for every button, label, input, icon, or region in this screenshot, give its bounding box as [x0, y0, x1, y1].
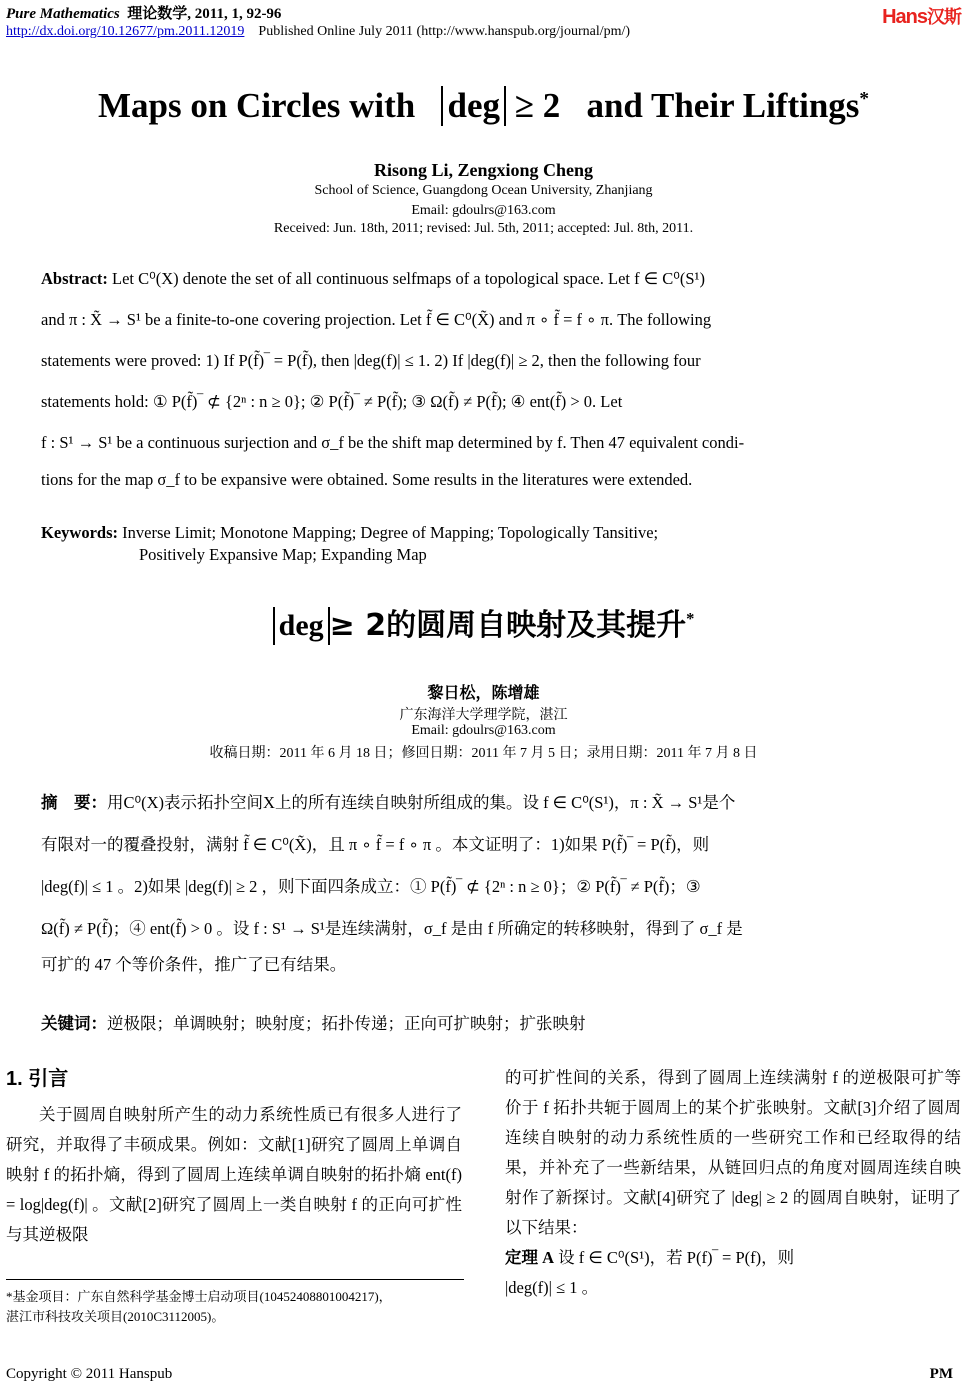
theorem-text: 设 f ∈ C⁰(S¹)，若 P(f)‾ = P(f)，则 — [558, 1248, 794, 1267]
paper-title-cn: deg≥ 2的圆周自映射及其提升* — [0, 600, 967, 645]
footnote-line: 湛江市科技攻关项目(2010C3112005)。 — [6, 1307, 464, 1327]
affiliation-en: School of Science, Guangdong Ocean Unive… — [0, 183, 967, 199]
abstract-cn: 摘 要：用C⁰(X)表示拓扑空间X上的所有连续自映射所组成的集。设 f ∈ C⁰… — [41, 782, 925, 980]
email-en: Email: gdoulrs@163.com — [0, 203, 967, 219]
authors-en: Risong Li, Zengxiong Cheng — [0, 160, 967, 181]
body-left-column: 关于圆周自映射所产生的动力系统性质已有很多人进行了研究，并取得了丰硕成果。例如：… — [6, 1100, 462, 1250]
affiliation-cn: 广东海洋大学理学院，湛江 — [0, 704, 967, 724]
abstract-text: Let C⁰(X) denote the set of all continuo… — [112, 269, 705, 288]
keywords-en: Keywords: Inverse Limit; Monotone Mappin… — [41, 522, 658, 566]
logo-cn: 汉斯 — [927, 7, 961, 28]
abstract-label: Abstract: — [41, 269, 108, 288]
abstract-line: statements hold: ① P(f̃)‾ ⊄ {2ⁿ : n ≥ 0}… — [41, 381, 925, 422]
keywords-cn-label: 关键词： — [41, 1015, 107, 1033]
abstract-en: Abstract: Let C⁰(X) denote the set of al… — [41, 258, 925, 497]
title-deg: deg — [441, 86, 506, 126]
abstract-cn-text: 用C⁰(X)表示拓扑空间X上的所有连续自映射所组成的集。设 f ∈ C⁰(S¹)… — [107, 793, 735, 812]
title-cn-footnote-mark: * — [686, 609, 694, 628]
journal-cn-info: 理论数学, 2011, 1, 92-96 — [127, 6, 281, 22]
doi-link[interactable]: http://dx.doi.org/10.12677/pm.2011.12019 — [6, 24, 244, 39]
doi-line: http://dx.doi.org/10.12677/pm.2011.12019… — [6, 24, 630, 40]
right-column-text: 的可扩性间的关系，得到了圆周上连续满射 f 的逆极限可扩等价于 f 拓扑共轭于圆… — [505, 1068, 961, 1237]
abstract-cn-label: 摘 要： — [41, 793, 107, 812]
title-rel: ≥ 2 — [515, 86, 560, 125]
abstract-cn-line: |deg(f)| ≤ 1 。2)如果 |deg(f)| ≥ 2 ，则下面四条成立… — [41, 866, 925, 908]
theorem-label: 定理 A — [505, 1248, 554, 1267]
body-right-column: 的可扩性间的关系，得到了圆周上连续满射 f 的逆极限可扩等价于 f 拓扑共轭于圆… — [505, 1063, 961, 1303]
footnote-line: *基金项目：广东自然科学基金博士启动项目(10452408801004217)， — [6, 1287, 464, 1307]
keywords-cn-text: 逆极限；单调映射；映射度；拓扑传递；正向可扩映射；扩张映射 — [107, 1014, 586, 1033]
journal-abbr: PM — [930, 1366, 953, 1383]
title-footnote-mark: * — [859, 88, 869, 109]
copyright: Copyright © 2011 Hanspub — [6, 1366, 172, 1383]
abstract-line: tions for the map σ_f to be expansive we… — [41, 463, 925, 497]
published-info: Published Online July 2011 (http://www.h… — [258, 24, 630, 39]
title-suffix: and Their Liftings — [586, 86, 859, 125]
authors-cn: 黎日松，陈增雄 — [0, 680, 967, 703]
abstract-cn-line: Ω(f̃) ≠ P(f̃)；④ ent(f̃) > 0 。设 f : S¹ → … — [41, 908, 925, 950]
theorem-conclusion: |deg(f)| ≤ 1 。 — [505, 1278, 598, 1297]
dates-en: Received: Jun. 18th, 2011; revised: Jul.… — [0, 221, 967, 237]
keywords-label: Keywords: — [41, 523, 118, 542]
hans-logo: Hans汉斯 — [882, 3, 961, 29]
abstract-line: and π : X̃ → S¹ be a finite-to-one cover… — [41, 299, 925, 340]
title-cn-deg: deg — [273, 607, 330, 645]
logo-en: Hans — [882, 6, 927, 28]
journal-name: Pure Mathematics — [6, 6, 120, 22]
abstract-cn-line: 有限对一的覆叠投射，满射 f̃ ∈ C⁰(X̃)，且 π ∘ f̃ = f ∘ … — [41, 824, 925, 866]
keywords-line2: Positively Expansive Map; Expanding Map — [41, 544, 658, 566]
paper-title: Maps on Circles with deg ≥ 2 and Their L… — [0, 86, 967, 126]
abstract-line: Abstract: Let C⁰(X) denote the set of al… — [41, 258, 925, 299]
footnote-divider — [6, 1279, 464, 1280]
section-title: 1. 引言 — [6, 1062, 68, 1091]
keywords-cn: 关键词：逆极限；单调映射；映射度；拓扑传递；正向可扩映射；扩张映射 — [41, 1010, 586, 1034]
keywords-line1: Inverse Limit; Monotone Mapping; Degree … — [122, 523, 658, 542]
footnote: *基金项目：广东自然科学基金博士启动项目(10452408801004217)，… — [6, 1287, 464, 1327]
abstract-cn-line: 可扩的 47 个等价条件，推广了已有结果。 — [41, 950, 925, 980]
journal-header: Pure Mathematics 理论数学, 2011, 1, 92-96 — [6, 2, 281, 23]
abstract-line: statements were proved: 1) If P(f̃)‾ = P… — [41, 340, 925, 381]
dates-cn: 收稿日期：2011 年 6 月 18 日；修回日期：2011 年 7 月 5 日… — [0, 742, 967, 762]
title-cn-rest: ≥ 2的圆周自映射及其提升 — [330, 608, 686, 643]
email-cn: Email: gdoulrs@163.com — [0, 723, 967, 739]
abstract-line: f : S¹ → S¹ be a continuous surjection a… — [41, 422, 925, 463]
abstract-cn-line: 摘 要：用C⁰(X)表示拓扑空间X上的所有连续自映射所组成的集。设 f ∈ C⁰… — [41, 782, 925, 824]
title-prefix: Maps on Circles with — [98, 86, 415, 125]
